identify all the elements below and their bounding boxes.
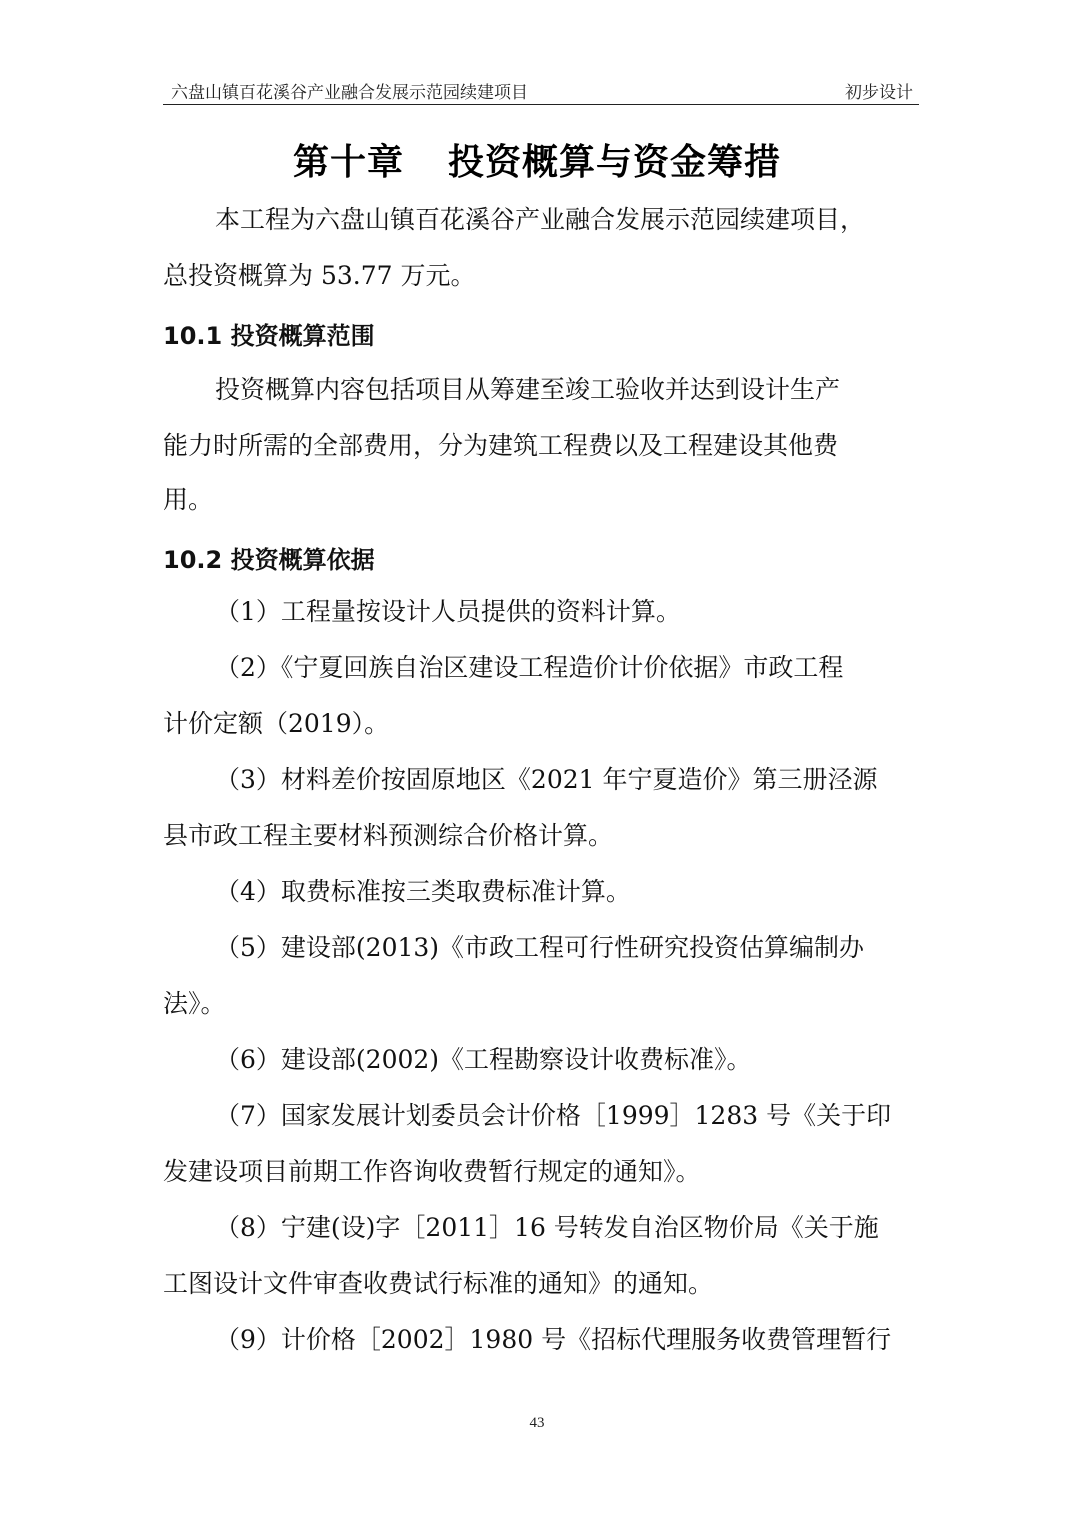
basis-item-5-line1: （5）建设部(2013)《市政工程可行性研究投资估算编制办 <box>215 928 864 964</box>
header-design-stage: 初步设计 <box>845 78 913 103</box>
basis-item-1: （1）工程量按设计人员提供的资料计算。 <box>215 592 681 628</box>
intro-paragraph-line1: 本工程为六盘山镇百花溪谷产业融合发展示范园续建项目， <box>215 200 865 236</box>
header-project-name: 六盘山镇百花溪谷产业融合发展示范园续建项目 <box>171 78 528 103</box>
basis-item-8-line1: （8）宁建(设)字［2011］16 号转发自治区物价局《关于施 <box>215 1208 879 1244</box>
section1-paragraph-line3: 用。 <box>163 480 213 516</box>
page-number: 43 <box>0 1415 1074 1432</box>
basis-item-7-line1: （7）国家发展计划委员会计价格［1999］1283 号《关于印 <box>215 1096 891 1132</box>
basis-item-2-line2: 计价定额（2019）。 <box>163 704 389 740</box>
basis-item-2-line1: （2）《宁夏回族自治区建设工程造价计价依据》市政工程 <box>215 648 843 684</box>
intro-paragraph-line2: 总投资概算为 53.77 万元。 <box>163 256 475 292</box>
section-heading-10-1: 10.1 投资概算范围 <box>163 316 375 351</box>
section1-paragraph-line2: 能力时所需的全部费用，分为建筑工程费以及工程建设其他费 <box>163 426 838 462</box>
chapter-name: 投资概算与资金筹措 <box>448 142 781 183</box>
basis-item-5-line2: 法》。 <box>163 984 226 1020</box>
basis-item-9-line1: （9）计价格［2002］1980 号《招标代理服务收费管理暂行 <box>215 1320 891 1356</box>
basis-item-3-line2: 县市政工程主要材料预测综合价格计算。 <box>163 816 613 852</box>
chapter-title: 第十章投资概算与资金筹措 <box>0 134 1074 185</box>
chapter-number: 第十章 <box>293 142 404 183</box>
basis-item-4: （4）取费标准按三类取费标准计算。 <box>215 872 631 908</box>
basis-item-6: （6）建设部(2002)《工程勘察设计收费标准》。 <box>215 1040 752 1076</box>
basis-item-3-line1: （3）材料差价按固原地区《2021 年宁夏造价》第三册泾源 <box>215 760 877 796</box>
section-heading-10-2: 10.2 投资概算依据 <box>163 540 375 575</box>
basis-item-7-line2: 发建设项目前期工作咨询收费暂行规定的通知》。 <box>163 1152 701 1188</box>
basis-item-8-line2: 工图设计文件审查收费试行标准的通知》的通知。 <box>163 1264 713 1300</box>
page-header: 六盘山镇百花溪谷产业融合发展示范园续建项目 初步设计 <box>163 76 919 105</box>
section1-paragraph-line1: 投资概算内容包括项目从筹建至竣工验收并达到设计生产 <box>215 370 840 406</box>
